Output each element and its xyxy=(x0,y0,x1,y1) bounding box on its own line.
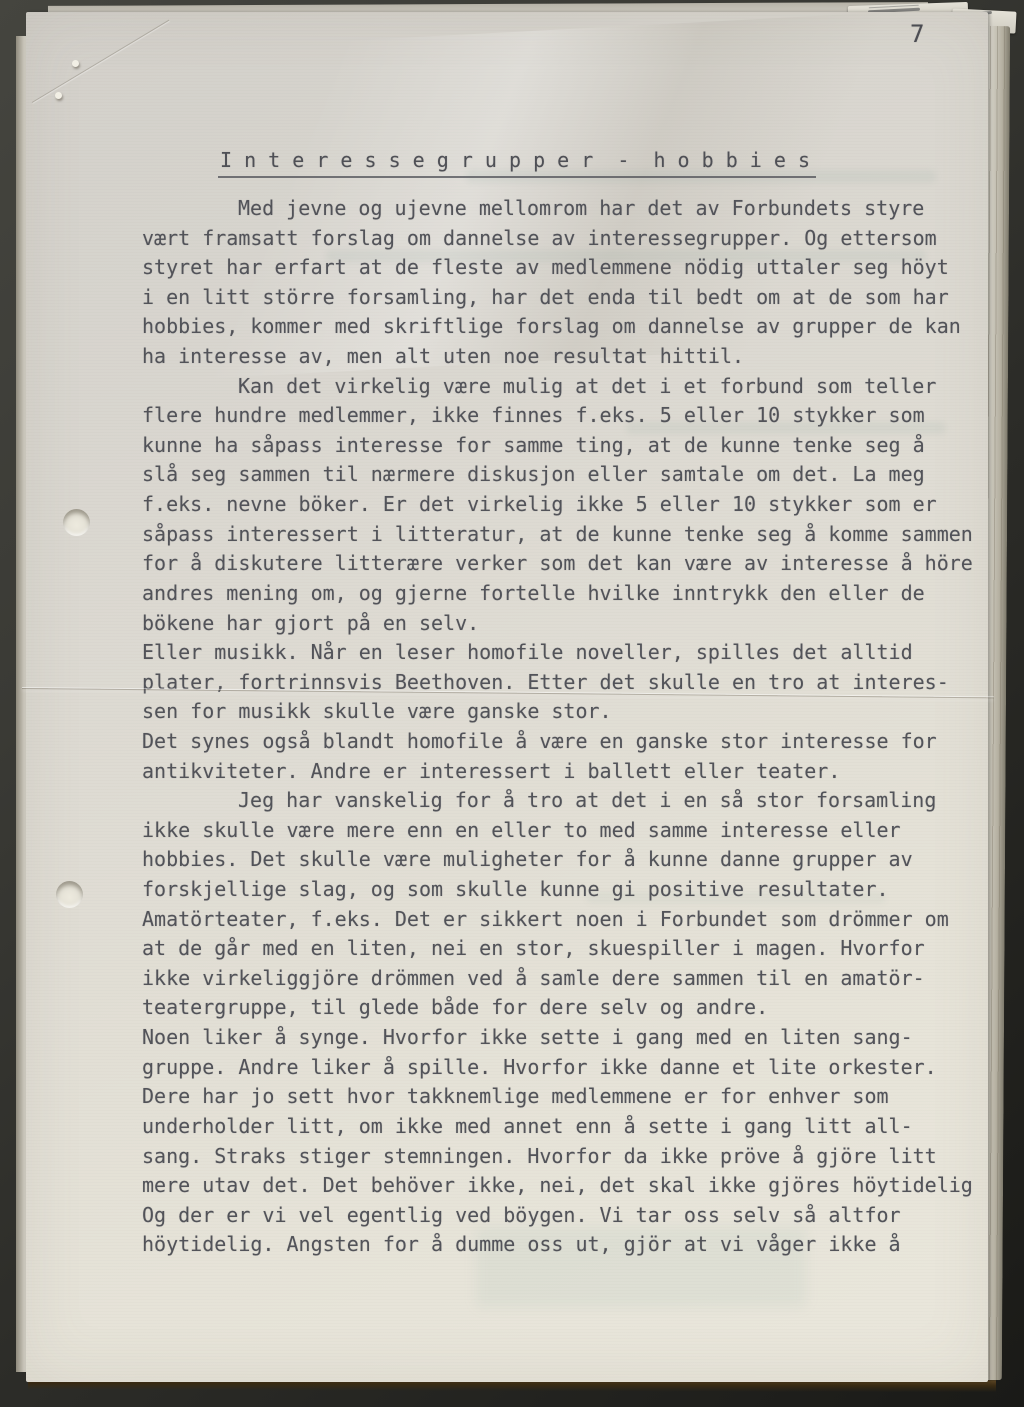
text-line: antikviteter. Andre er interessert i bal… xyxy=(142,757,982,787)
text-line: Eller musikk. Når en leser homofile nove… xyxy=(142,638,982,668)
text-line: andres mening om, og gjerne fortelle hvi… xyxy=(142,579,982,609)
document-lines: Med jevne og ujevne mellomrom har det av… xyxy=(142,194,982,1260)
text-line: at de går med en liten, nei en stor, sku… xyxy=(142,934,982,964)
text-line: flere hundre medlemmer, ikke finnes f.ek… xyxy=(142,401,982,431)
punch-hole-top xyxy=(63,509,90,536)
text-line: i en litt större forsamling, har det end… xyxy=(142,283,982,313)
staple-mark xyxy=(72,60,79,67)
text-line: for å diskutere litterære verker som det… xyxy=(142,549,982,579)
text-line: forskjellige slag, og som skulle kunne g… xyxy=(142,875,982,905)
text-line: gruppe. Andre liker å spille. Hvorfor ik… xyxy=(142,1053,982,1083)
text-line: Kan det virkelig være mulig at det i et … xyxy=(142,372,982,402)
text-line: ikke virkeliggjöre drömmen ved å samle d… xyxy=(142,964,982,994)
page-number: 7 xyxy=(910,20,924,48)
text-line: mere utav det. Det behöver ikke, nei, de… xyxy=(142,1171,982,1201)
text-line: Det synes også blandt homofile å være en… xyxy=(142,727,982,757)
text-line: hobbies. Det skulle være muligheter for … xyxy=(142,845,982,875)
text-line: bökene har gjort på en selv. xyxy=(142,609,982,639)
text-line: Og der er vi vel egentlig ved böygen. Vi… xyxy=(142,1201,982,1231)
text-line: teatergruppe, til glede både for dere se… xyxy=(142,993,982,1023)
text-line: slå seg sammen til nærmere diskusjon ell… xyxy=(142,460,982,490)
text-line: vært framsatt forslag om dannelse av int… xyxy=(142,224,982,254)
text-line: underholder litt, om ikke med annet enn … xyxy=(142,1112,982,1142)
punch-hole-bottom xyxy=(56,881,83,908)
text-line: Jeg har vanskelig for å tro at det i en … xyxy=(142,786,982,816)
text-line: ikke skulle være mere enn en eller to me… xyxy=(142,816,982,846)
text-line: Amatörteater, f.eks. Det er sikkert noen… xyxy=(142,905,982,935)
text-line: styret har erfart at de fleste av medlem… xyxy=(142,253,982,283)
text-line: Med jevne og ujevne mellomrom har det av… xyxy=(142,194,982,224)
staple-mark xyxy=(55,92,62,99)
text-line: f.eks. nevne böker. Er det virkelig ikke… xyxy=(142,490,982,520)
text-line: sang. Straks stiger stemningen. Hvorfor … xyxy=(142,1142,982,1172)
text-line: Dere har jo sett hvor takknemlige medlem… xyxy=(142,1082,982,1112)
text-line: hobbies, kommer med skriftlige forslag o… xyxy=(142,312,982,342)
text-line: såpass interessert i litteratur, at de k… xyxy=(142,520,982,550)
scan-background: 7 I n t e r e s s e g r u p p e r - h o … xyxy=(0,0,1024,1407)
document-page: 7 I n t e r e s s e g r u p p e r - h o … xyxy=(26,12,988,1382)
document-title: I n t e r e s s e g r u p p e r - h o b … xyxy=(218,148,816,178)
text-line: ha interesse av, men alt uten noe result… xyxy=(142,342,982,372)
corner-crease xyxy=(32,20,170,103)
text-line: Noen liker å synge. Hvorfor ikke sette i… xyxy=(142,1023,982,1053)
text-line: höytidelig. Angsten for å dumme oss ut, … xyxy=(142,1230,982,1260)
text-line: kunne ha såpass interesse for samme ting… xyxy=(142,431,982,461)
text-line: sen for musikk skulle være ganske stor. xyxy=(142,697,982,727)
